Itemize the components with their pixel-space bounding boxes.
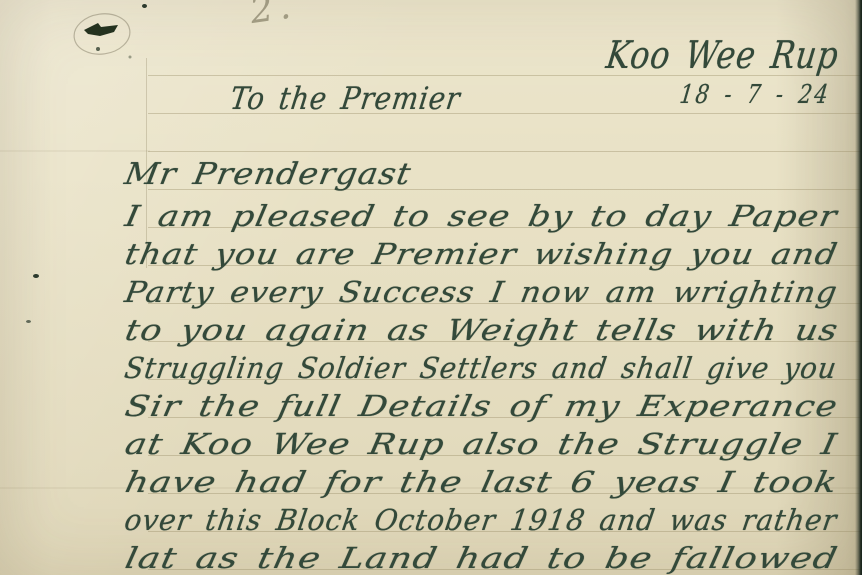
- paper-crease: [0, 150, 150, 152]
- page-number: 2.: [247, 0, 299, 32]
- letter-line: to you again as Weight tells with us: [122, 311, 842, 349]
- letter-line: at Koo Wee Rup also the Struggle I: [122, 425, 841, 463]
- letter-line: Party every Success I now am wrighting: [122, 273, 841, 311]
- letter-salutation: To the Premier: [228, 82, 463, 116]
- ink-blot-shape: [84, 23, 118, 36]
- ink-blot: [70, 8, 150, 74]
- letter-line: Struggling Soldier Settlers and shall gi…: [122, 349, 840, 387]
- paper-speck: [33, 274, 39, 278]
- letter-recipient: Mr Prendergast: [122, 158, 414, 192]
- scan-edge-shadow: [855, 0, 862, 575]
- letter-line: that you are Premier wishing you and: [122, 235, 841, 273]
- letter-body: I am pleased to see by to day Paperthat …: [122, 197, 862, 575]
- paper-speck: [142, 4, 147, 8]
- letter-line: I am pleased to see by to day Paper: [122, 197, 841, 235]
- letter-page: 2. Koo Wee Rup 18 - 7 - 24 To the Premie…: [0, 0, 862, 575]
- letter-line: have had for the last 6 yeas I took: [122, 463, 842, 501]
- letter-line: Sir the full Details of my Experance: [122, 387, 842, 425]
- letter-date: 18 - 7 - 24: [678, 80, 832, 110]
- letter-place: Koo Wee Rup: [604, 34, 841, 76]
- paper-speck: [26, 320, 31, 323]
- letter-line: lat as the Land had to be fallowed: [122, 539, 842, 575]
- letter-line: over this Block October 1918 and was rat…: [122, 501, 840, 539]
